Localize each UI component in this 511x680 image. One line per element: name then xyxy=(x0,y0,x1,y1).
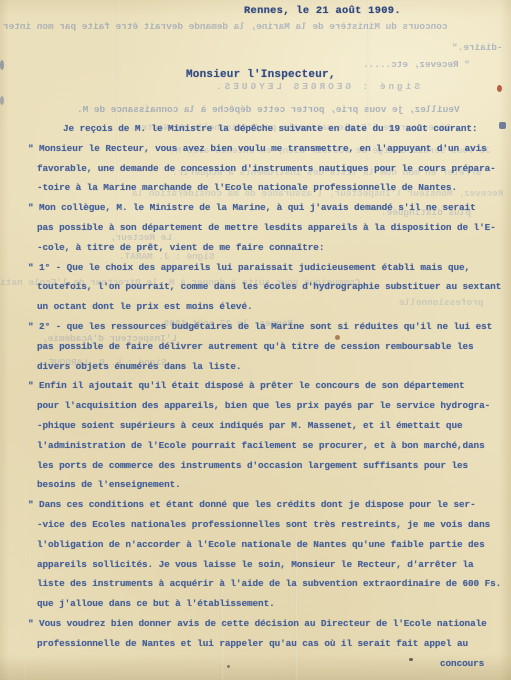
typed-line: -phique soient supérieurs à ceux indiqué… xyxy=(28,416,498,436)
typed-line: Je reçois de M. le Ministre la dépêche s… xyxy=(28,119,498,139)
typed-line: liste des instruments à acquérir à l'aid… xyxy=(28,574,498,594)
paper-speck xyxy=(497,85,502,92)
typed-line: les ports de commerce des instruments d'… xyxy=(28,456,498,476)
bleed-edge-mark xyxy=(0,60,4,70)
typed-line: favorable, une demande de concession d'i… xyxy=(28,159,498,179)
typed-line: " Enfin il ajoutait qu'il était disposé … xyxy=(28,376,498,396)
typed-line: divers objets énumérés dans la liste. xyxy=(28,357,498,377)
salutation-line: Monsieur l'Inspecteur, xyxy=(186,69,336,81)
bleedthrough-line: Veuillez, je vous prie, porter cette dép… xyxy=(77,104,460,115)
typed-line: pour l'acquisition des appareils, bien q… xyxy=(28,396,498,416)
ink-blot xyxy=(499,122,506,129)
typed-line: " Dans ces conditions et étant donné que… xyxy=(28,495,498,515)
typed-line: un octant dont le prix est moins élevé. xyxy=(28,297,498,317)
typed-line: " Vous voudrez bien donner avis de cette… xyxy=(28,614,498,634)
typed-line: pas possible à son département de mettre… xyxy=(28,218,498,238)
date-line: Rennes, le 21 août 1909. xyxy=(244,5,401,17)
letter-body: Je reçois de M. le Ministre la dépêche s… xyxy=(28,119,498,673)
bleed-edge-mark xyxy=(0,96,4,105)
typed-line: appareils sollicités. Je vous laisse le … xyxy=(28,555,498,575)
crease-line xyxy=(24,430,27,680)
bleedthrough-line: concours du Ministère de la Marine, la d… xyxy=(3,21,447,32)
typed-line: " 2° - que les ressources budgétaires de… xyxy=(28,317,498,337)
typed-line: l'obligation de n'accorder à l'Ecole nat… xyxy=(28,535,498,555)
typed-line: l'administration de l'Ecole pourrait fac… xyxy=(28,436,498,456)
bleedthrough-line: " Recevez, etc..... xyxy=(363,59,470,70)
bleedthrough-line: Signé : GEORGES LEYGUES. xyxy=(213,81,420,92)
typed-line: " Monsieur le Recteur, vous avez bien vo… xyxy=(28,139,498,159)
typed-line: besoins de l'enseignement. xyxy=(28,475,498,495)
letter-page: concours du Ministère de la Marine, la d… xyxy=(0,0,511,680)
typed-line: pas possible de faire délivrer autrement… xyxy=(28,337,498,357)
bleedthrough-line: -diaire." xyxy=(452,42,503,53)
typed-line: professionnelle de Nantes et lui rappele… xyxy=(28,634,498,654)
typed-line: que j'alloue dans ce but à l'établisseme… xyxy=(28,594,498,614)
typed-line: toutefois, l'on pourrait, comme dans les… xyxy=(28,277,498,297)
typed-line: -vice des Ecoles nationales professionne… xyxy=(28,515,498,535)
typed-line: " Mon collègue, M. le Ministre de la Mar… xyxy=(28,198,498,218)
typed-line: " 1° - Que le choix des appareils lui pa… xyxy=(28,258,498,278)
typed-line: -cole, à titre de prêt, vient de me fair… xyxy=(28,238,498,258)
typed-line: concours xyxy=(28,654,498,674)
typed-line: -toire à la Marine marchande de l'Ecole … xyxy=(28,178,498,198)
